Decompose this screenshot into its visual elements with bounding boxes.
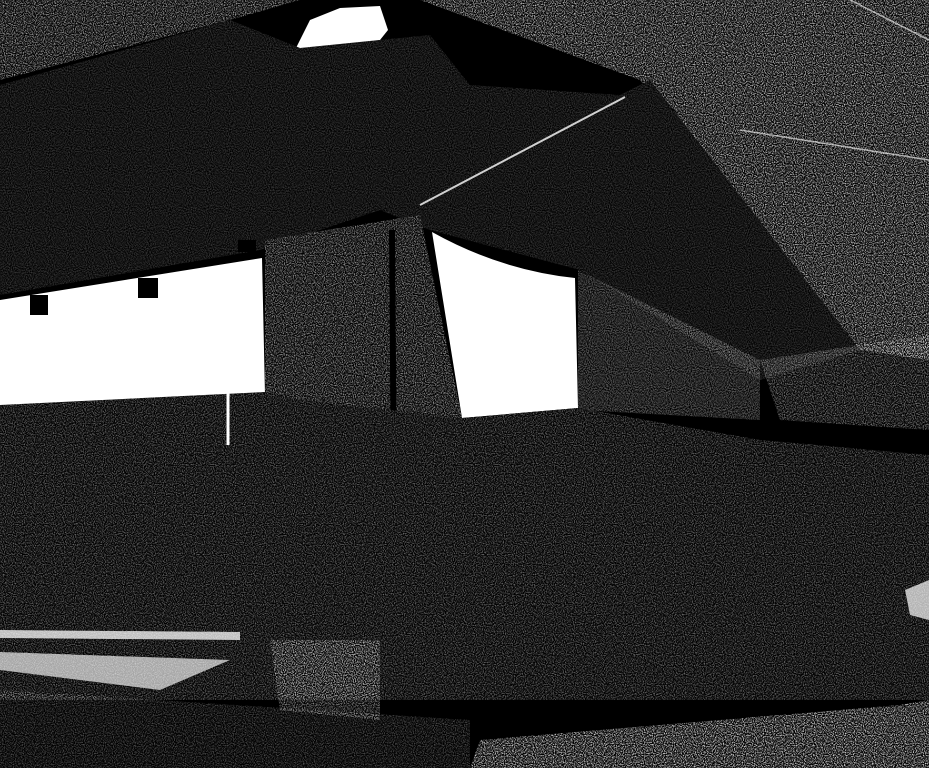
photo-canvas (0, 0, 929, 768)
wall-window (238, 240, 256, 252)
wall-window (138, 278, 158, 298)
wall-window (30, 295, 48, 315)
photo-scene: High-contrast dithered black-and-white p… (0, 0, 929, 768)
gate (270, 640, 380, 720)
